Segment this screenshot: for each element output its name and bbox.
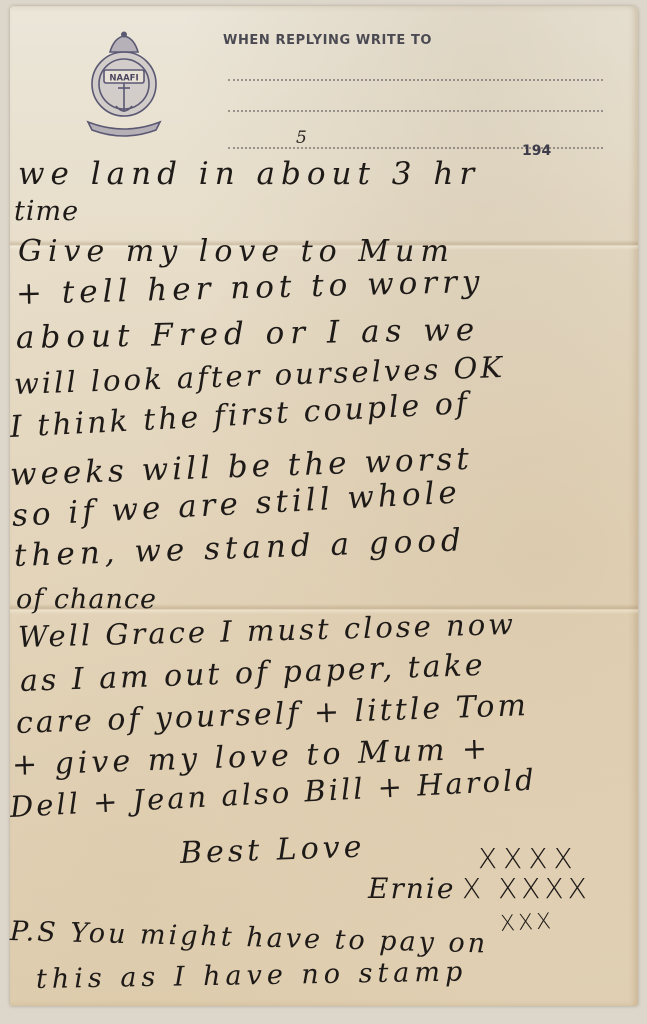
sign-off: Best Love (179, 830, 366, 871)
signature: Ernie (368, 872, 455, 905)
reply-heading: WHEN REPLYING WRITE TO (223, 33, 432, 48)
naafi-crest-icon: NAAFI (80, 30, 168, 142)
scanned-letter-photo: NAAFI WHEN REPLYING WRITE TO 5 194 we la… (0, 0, 647, 1024)
date-day: 5 (296, 128, 307, 148)
date-year: 194 (522, 143, 551, 159)
address-line-1 (228, 79, 603, 81)
body-line: Give my love to Mum (18, 234, 455, 269)
signature-kisses: X XXXX (462, 872, 591, 905)
body-line: of chance (16, 584, 157, 615)
extra-kisses: XXX (499, 909, 554, 937)
body-line: time (14, 196, 79, 227)
svg-text:NAAFI: NAAFI (109, 74, 138, 84)
body-line: we land in about 3 hr (18, 156, 480, 192)
sign-off-kisses: XXXX (478, 842, 579, 875)
address-line-2 (228, 110, 603, 112)
